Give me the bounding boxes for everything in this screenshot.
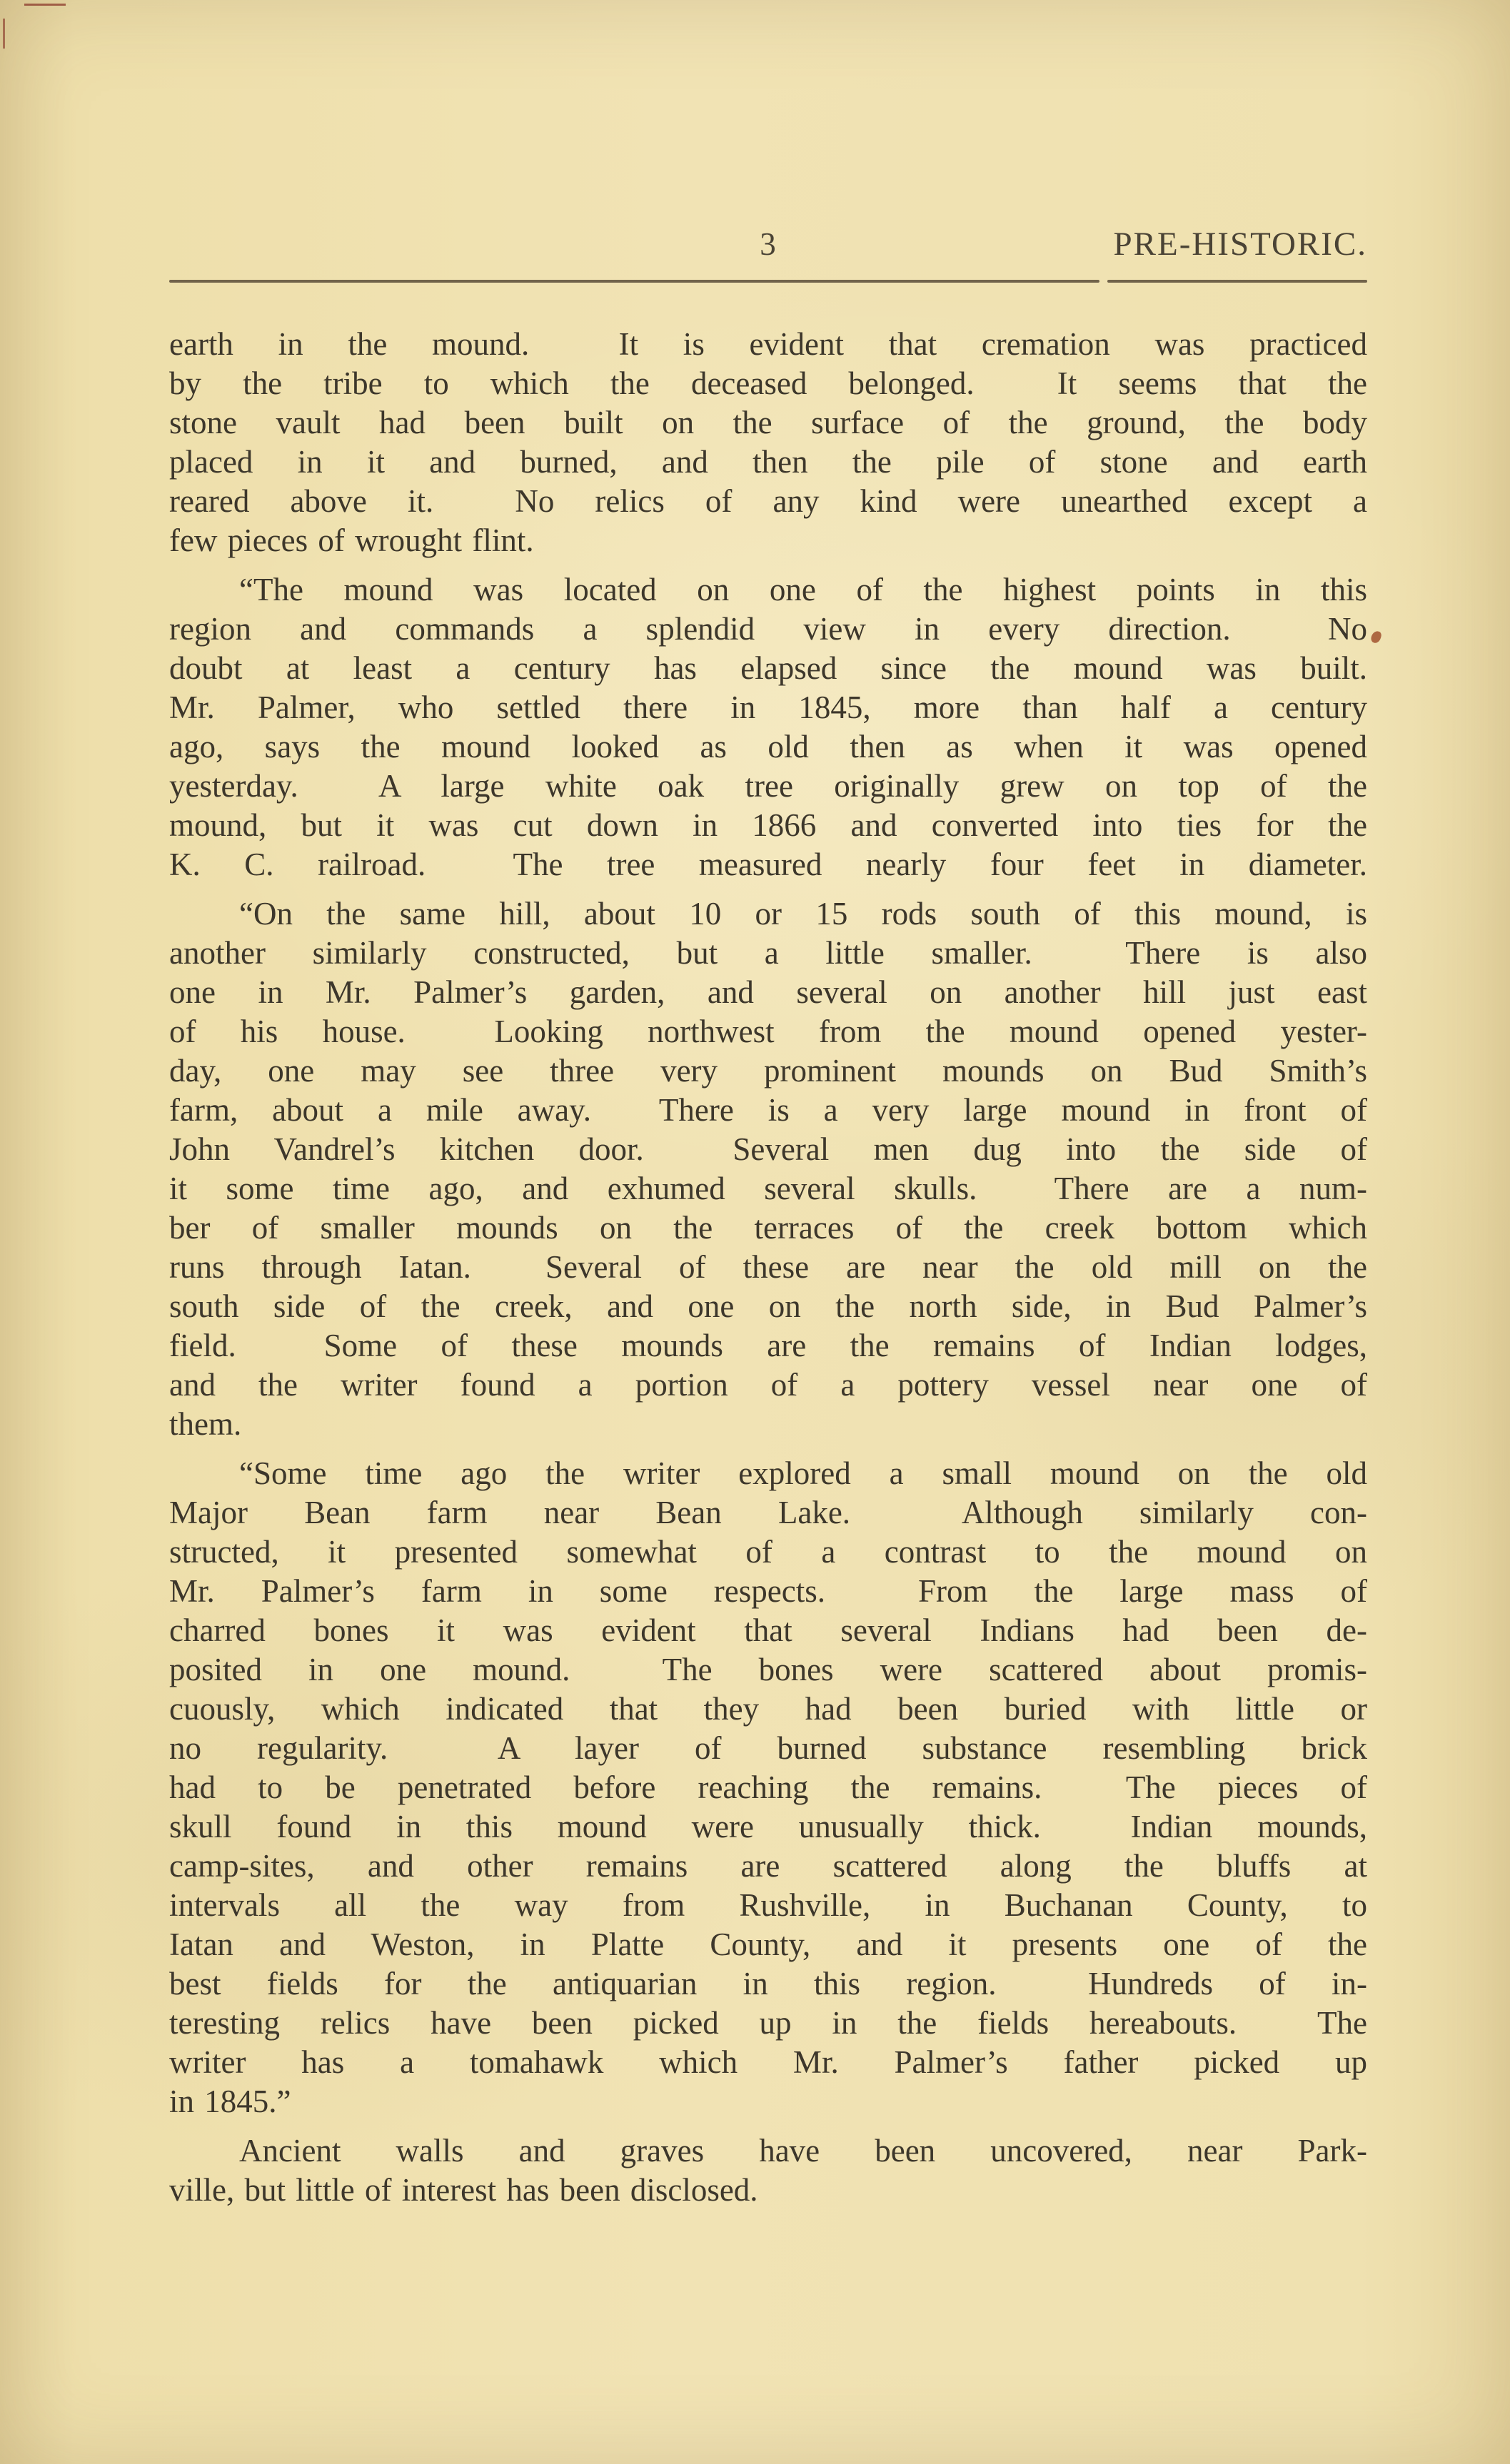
text-line: no regularity. A layer of burned substan…: [169, 1729, 1367, 1768]
text-line: “The mound was located on one of the hig…: [169, 570, 1367, 610]
text-line: skull found in this mound were unusually…: [169, 1807, 1367, 1847]
text-line: runs through Iatan. Several of these are…: [169, 1248, 1367, 1287]
text-line: structed, it presented somewhat of a con…: [169, 1533, 1367, 1572]
body-text: earth in the mound. It is evident that c…: [169, 325, 1367, 2210]
text-line: John Vandrel’s kitchen door. Several men…: [169, 1130, 1367, 1169]
paragraph-1: earth in the mound. It is evident that c…: [169, 325, 1367, 560]
text-line: intervals all the way from Rushville, in…: [169, 1886, 1367, 1925]
book-page: 3 PRE-HISTORIC. earth in the mound. It i…: [0, 0, 1510, 2464]
text-line: writer has a tomahawk which Mr. Palmer’s…: [169, 2043, 1367, 2082]
text-line: in 1845.”: [169, 2082, 1367, 2121]
page-header: 3 PRE-HISTORIC.: [169, 223, 1367, 266]
text-line: region and commands a splendid view in e…: [169, 610, 1367, 649]
text-line: by the tribe to which the deceased belon…: [169, 364, 1367, 403]
text-line: “On the same hill, about 10 or 15 rods s…: [169, 894, 1367, 934]
text-line: few pieces of wrought flint.: [169, 521, 1367, 560]
text-line: Major Bean farm near Bean Lake. Although…: [169, 1493, 1367, 1533]
page-number: 3: [760, 223, 777, 266]
text-line: of his house. Looking northwest from the…: [169, 1012, 1367, 1051]
text-line: placed in it and burned, and then the pi…: [169, 443, 1367, 482]
text-line: one in Mr. Palmer’s garden, and several …: [169, 973, 1367, 1012]
paragraph-4: “Some time ago the writer explored a sma…: [169, 1454, 1367, 2121]
text-line: south side of the creek, and one on the …: [169, 1287, 1367, 1326]
paragraph-2: “The mound was located on one of the hig…: [169, 570, 1367, 884]
text-line: “Some time ago the writer explored a sma…: [169, 1454, 1367, 1493]
text-line: yesterday. A large white oak tree origin…: [169, 767, 1367, 806]
text-line: cuously, which indicated that they had b…: [169, 1690, 1367, 1729]
text-line: Iatan and Weston, in Platte County, and …: [169, 1925, 1367, 1964]
text-line: ago, says the mound looked as old then a…: [169, 727, 1367, 767]
text-line: charred bones it was evident that severa…: [169, 1611, 1367, 1650]
text-line: stone vault had been built on the surfac…: [169, 403, 1367, 443]
text-line: them.: [169, 1405, 1367, 1444]
text-line: ville, but little of interest has been d…: [169, 2171, 1367, 2210]
text-line: doubt at least a century has elapsed sin…: [169, 649, 1367, 688]
paragraph-3: “On the same hill, about 10 or 15 rods s…: [169, 894, 1367, 1444]
text-line: ber of smaller mounds on the terraces of…: [169, 1208, 1367, 1248]
text-line: farm, about a mile away. There is a very…: [169, 1091, 1367, 1130]
scan-edge-artifact: [3, 19, 5, 49]
text-line: had to be penetrated before reaching the…: [169, 1768, 1367, 1807]
ink-speck: [1370, 630, 1383, 644]
text-line: Mr. Palmer’s farm in some respects. From…: [169, 1572, 1367, 1611]
text-line: camp-sites, and other remains are scatte…: [169, 1847, 1367, 1886]
text-line: reared above it. No relics of any kind w…: [169, 482, 1367, 521]
text-line: earth in the mound. It is evident that c…: [169, 325, 1367, 364]
text-line: and the writer found a portion of a pott…: [169, 1365, 1367, 1405]
text-line: best fields for the antiquarian in this …: [169, 1964, 1367, 2004]
text-line: Ancient walls and graves have been uncov…: [169, 2131, 1367, 2171]
text-line: Mr. Palmer, who settled there in 1845, m…: [169, 688, 1367, 727]
text-line: K. C. railroad. The tree measured nearly…: [169, 845, 1367, 884]
running-head: PRE-HISTORIC.: [1114, 223, 1367, 266]
text-line: mound, but it was cut down in 1866 and c…: [169, 806, 1367, 845]
scan-edge-artifact: [24, 4, 66, 6]
header-rule-left: [169, 280, 1099, 283]
paragraph-5: Ancient walls and graves have been uncov…: [169, 2131, 1367, 2210]
text-line: teresting relics have been picked up in …: [169, 2004, 1367, 2043]
text-line: another similarly constructed, but a lit…: [169, 934, 1367, 973]
text-line: it some time ago, and exhumed several sk…: [169, 1169, 1367, 1208]
text-line: field. Some of these mounds are the rema…: [169, 1326, 1367, 1365]
text-line: posited in one mound. The bones were sca…: [169, 1650, 1367, 1690]
text-line: day, one may see three very prominent mo…: [169, 1051, 1367, 1091]
header-rule-right: [1107, 280, 1367, 283]
